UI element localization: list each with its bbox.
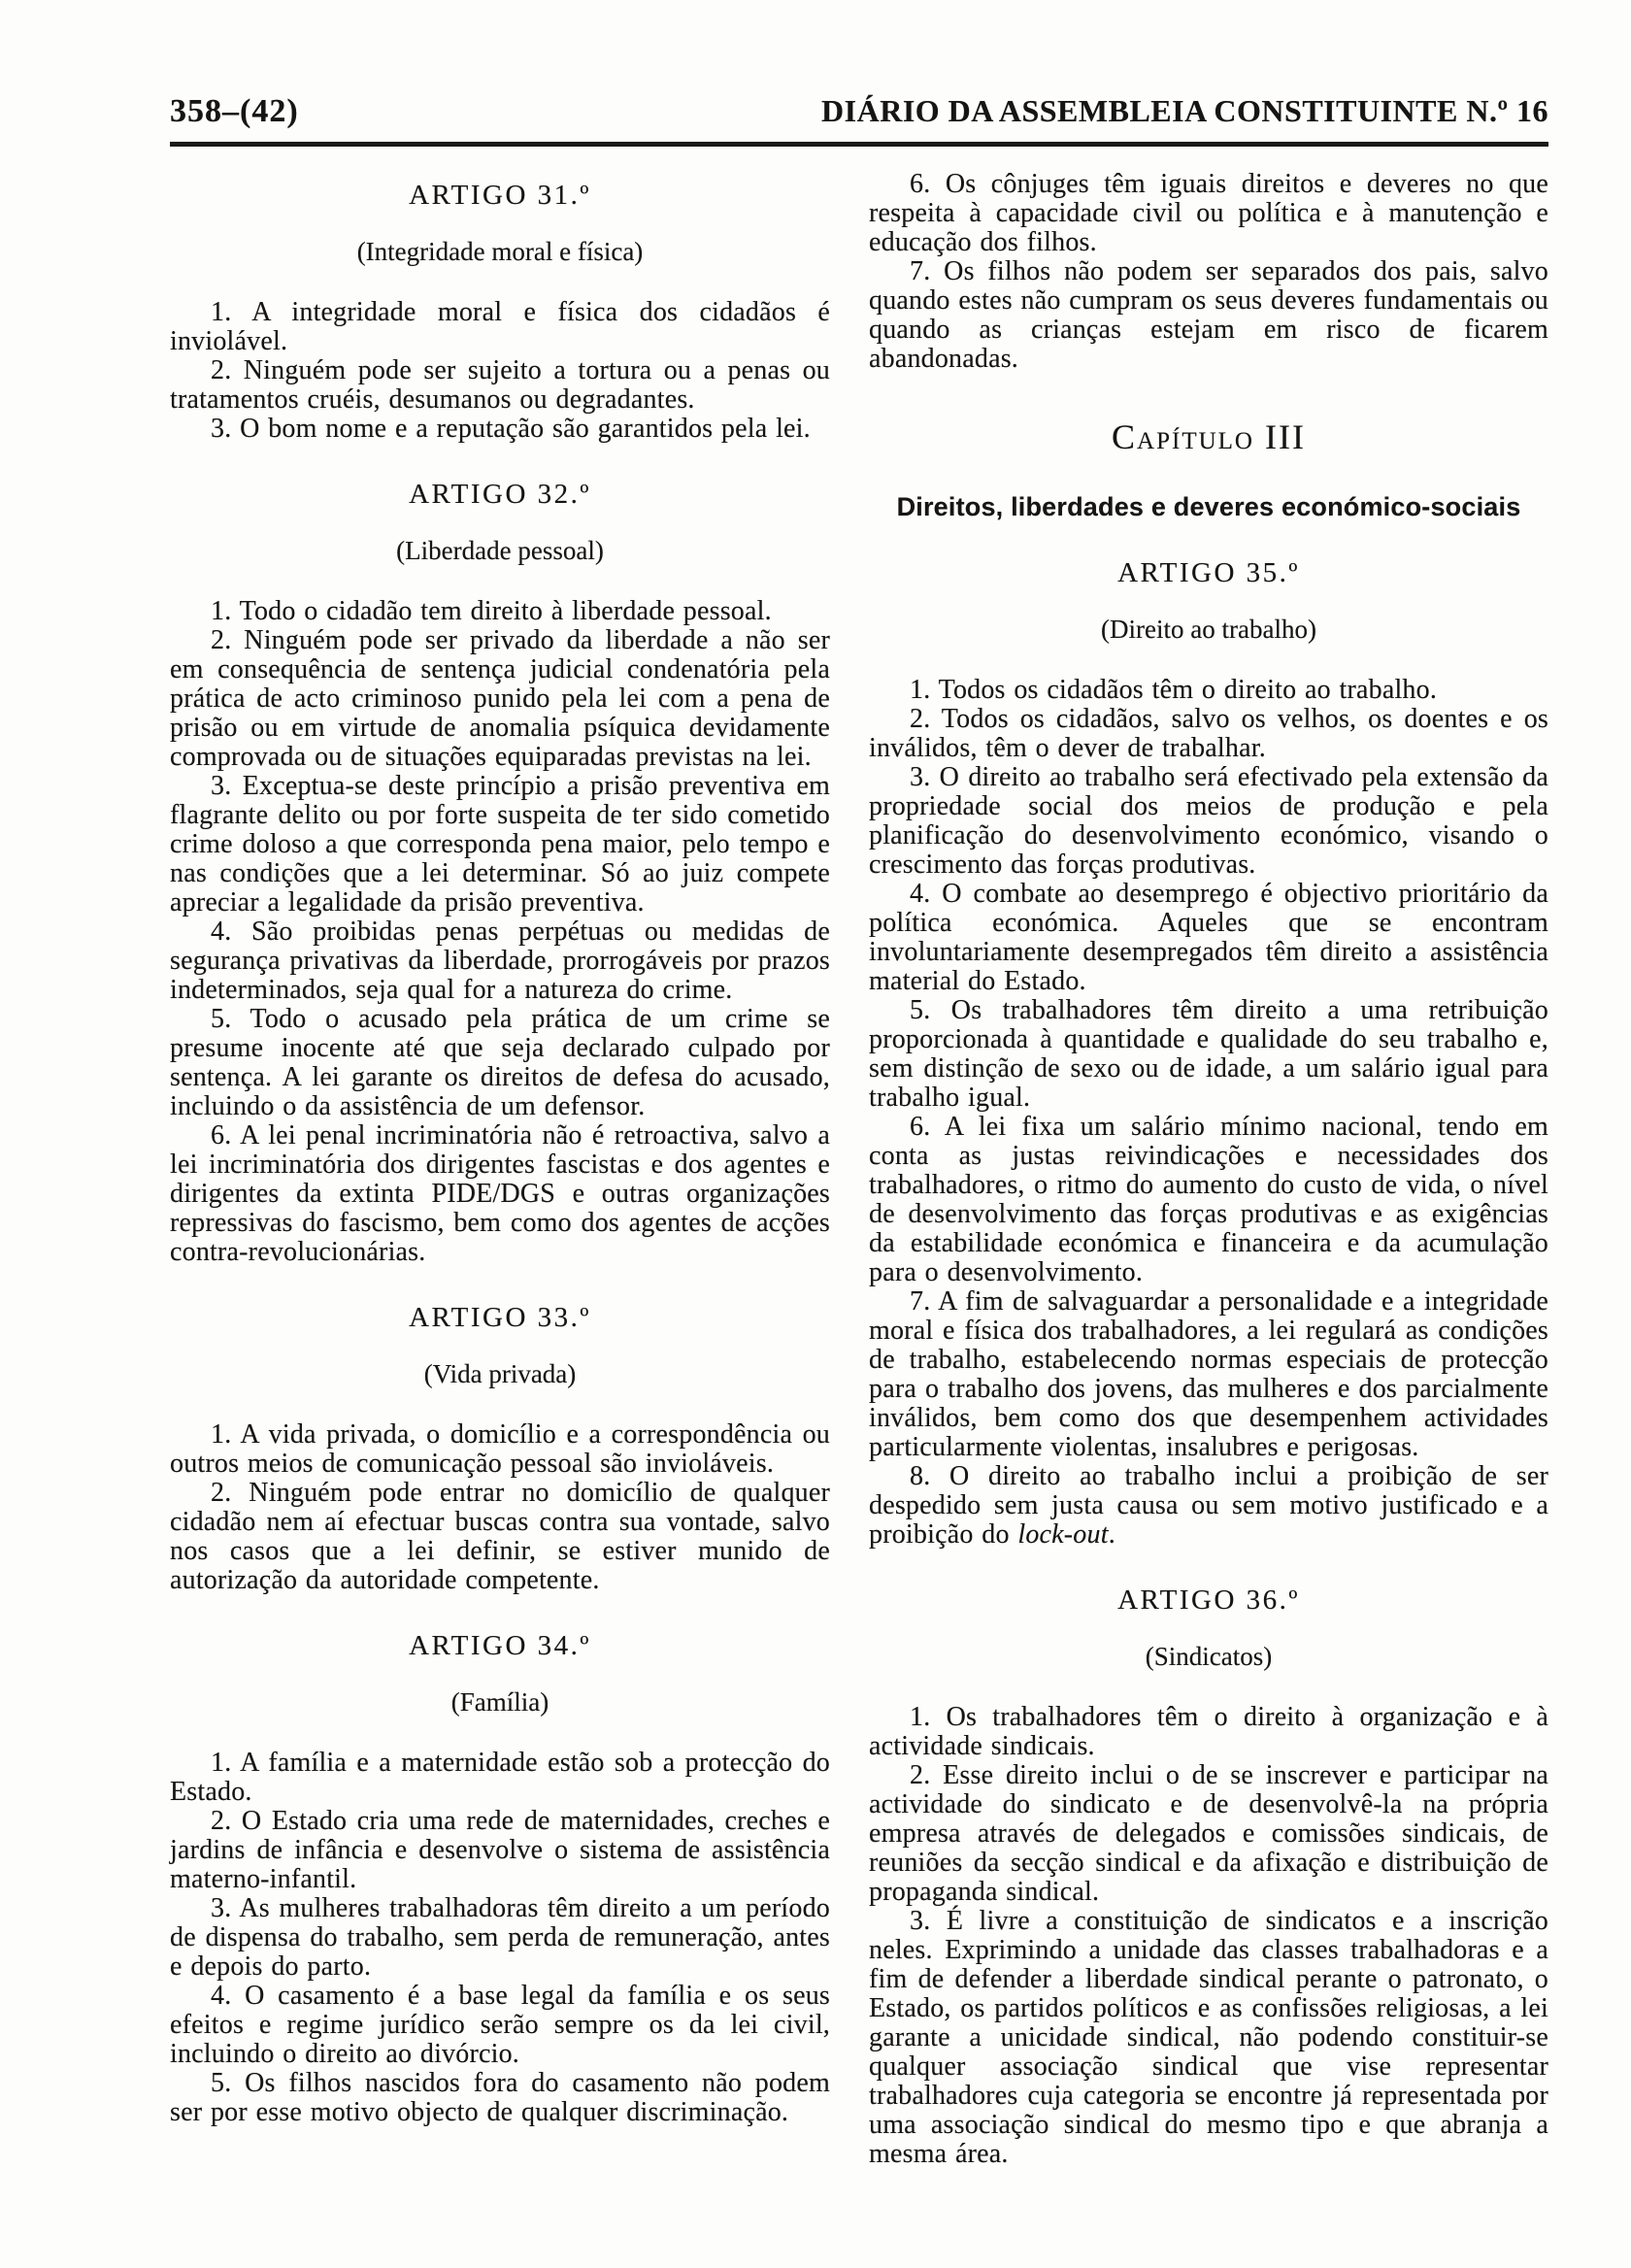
article-32-subtitle: (Liberdade pessoal): [170, 536, 830, 566]
two-column-layout: ARTIGO 31.º (Integridade moral e física)…: [170, 170, 1548, 2169]
article-36-paragraph-1: 1. Os trabalhadores têm o direito à orga…: [869, 1703, 1548, 1761]
article-35-paragraph-5: 5. Os trabalhadores têm direito a uma re…: [869, 996, 1548, 1113]
article-35-title: ARTIGO 35.º: [869, 557, 1548, 589]
article-35-subtitle: (Direito ao trabalho): [869, 615, 1548, 645]
article-36-paragraph-3: 3. É livre a constituição de sindicatos …: [869, 1907, 1548, 2169]
chapter-3-heading: Capítulo III Direitos, liberdades e deve…: [869, 417, 1548, 522]
article-31: ARTIGO 31.º (Integridade moral e física)…: [170, 180, 830, 444]
article-35-paragraph-8-text: 8. O direito ao trabalho inclui a proibi…: [869, 1461, 1548, 1550]
chapter-3-title: Capítulo III: [869, 417, 1548, 457]
article-34-title: ARTIGO 34.º: [170, 1630, 830, 1662]
article-32: ARTIGO 32.º (Liberdade pessoal) 1. Todo …: [170, 479, 830, 1267]
article-32-title: ARTIGO 32.º: [170, 479, 830, 511]
article-34-subtitle: (Família): [170, 1687, 830, 1718]
page-number: 358–(42): [170, 93, 299, 130]
article-34-paragraph-3: 3. As mulheres trabalhadoras têm direito…: [170, 1894, 830, 1982]
article-31-paragraph-2: 2. Ninguém pode ser sujeito a tortura ou…: [170, 356, 830, 415]
article-32-paragraph-3: 3. Exceptua-se deste princípio a prisão …: [170, 772, 830, 917]
right-column: 6. Os cônjuges têm iguais direitos e dev…: [869, 170, 1548, 2169]
article-35-paragraph-4: 4. O combate ao desemprego é objectivo p…: [869, 880, 1548, 996]
article-33-paragraph-2: 2. Ninguém pode entrar no domicílio de q…: [170, 1479, 830, 1595]
chapter-3-subtitle: Direitos, liberdades e deveres económico…: [869, 492, 1548, 522]
article-35-paragraph-3: 3. O direito ao trabalho será efectivado…: [869, 763, 1548, 880]
article-36-paragraph-2: 2. Esse direito inclui o de se inscrever…: [869, 1761, 1548, 1907]
article-32-paragraph-2: 2. Ninguém pode ser privado da liberdade…: [170, 626, 830, 772]
article-32-paragraph-6: 6. A lei penal incriminatória não é retr…: [170, 1121, 830, 1267]
article-34-paragraph-1: 1. A família e a maternidade estão sob a…: [170, 1749, 830, 1807]
article-31-paragraph-3: 3. O bom nome e a reputação são garantid…: [170, 415, 830, 444]
article-32-paragraph-1: 1. Todo o cidadão tem direito à liberdad…: [170, 597, 830, 626]
article-31-paragraph-1: 1. A integridade moral e física dos cida…: [170, 298, 830, 356]
article-35-paragraph-6: 6. A lei fixa um salário mínimo nacional…: [869, 1113, 1548, 1287]
article-34: ARTIGO 34.º (Família) 1. A família e a m…: [170, 1630, 830, 2127]
article-36: ARTIGO 36.º (Sindicatos) 1. Os trabalhad…: [869, 1584, 1548, 2169]
article-34-continuation: 6. Os cônjuges têm iguais direitos e dev…: [869, 170, 1548, 374]
document-page: 358–(42) DIÁRIO DA ASSEMBLEIA CONSTITUIN…: [0, 0, 1631, 2268]
article-35-paragraph-8-end: .: [1109, 1519, 1115, 1550]
article-36-title: ARTIGO 36.º: [869, 1584, 1548, 1617]
article-36-subtitle: (Sindicatos): [869, 1642, 1548, 1672]
article-35-paragraph-1: 1. Todos os cidadãos têm o direito ao tr…: [869, 676, 1548, 705]
article-35: ARTIGO 35.º (Direito ao trabalho) 1. Tod…: [869, 557, 1548, 1550]
article-33-paragraph-1: 1. A vida privada, o domicílio e a corre…: [170, 1420, 830, 1479]
article-33-subtitle: (Vida privada): [170, 1359, 830, 1389]
article-33-title: ARTIGO 33.º: [170, 1302, 830, 1334]
article-32-paragraph-5: 5. Todo o acusado pela prática de um cri…: [170, 1005, 830, 1121]
article-35-paragraph-8: 8. O direito ao trabalho inclui a proibi…: [869, 1462, 1548, 1550]
article-34-paragraph-5: 5. Os filhos nascidos fora do casamento …: [170, 2069, 830, 2127]
article-32-paragraph-4: 4. São proibidas penas perpétuas ou medi…: [170, 917, 830, 1005]
article-35-paragraph-2: 2. Todos os cidadãos, salvo os velhos, o…: [869, 705, 1548, 763]
article-34-paragraph-4: 4. O casamento é a base legal da família…: [170, 1982, 830, 2069]
article-34-paragraph-6: 6. Os cônjuges têm iguais direitos e dev…: [869, 170, 1548, 257]
left-column: ARTIGO 31.º (Integridade moral e física)…: [170, 170, 830, 2169]
article-31-subtitle: (Integridade moral e física): [170, 237, 830, 267]
article-35-paragraph-7: 7. A fim de salvaguardar a personalidade…: [869, 1287, 1548, 1462]
article-34-paragraph-2: 2. O Estado cria uma rede de maternidade…: [170, 1807, 830, 1894]
article-33: ARTIGO 33.º (Vida privada) 1. A vida pri…: [170, 1302, 830, 1595]
article-35-paragraph-8-lockout: lock-out: [1017, 1519, 1108, 1550]
article-34-paragraph-7: 7. Os filhos não podem ser separados dos…: [869, 257, 1548, 374]
journal-title: DIÁRIO DA ASSEMBLEIA CONSTITUINTE N.º 16: [821, 93, 1548, 129]
article-31-title: ARTIGO 31.º: [170, 180, 830, 212]
masthead: 358–(42) DIÁRIO DA ASSEMBLEIA CONSTITUIN…: [170, 93, 1548, 147]
